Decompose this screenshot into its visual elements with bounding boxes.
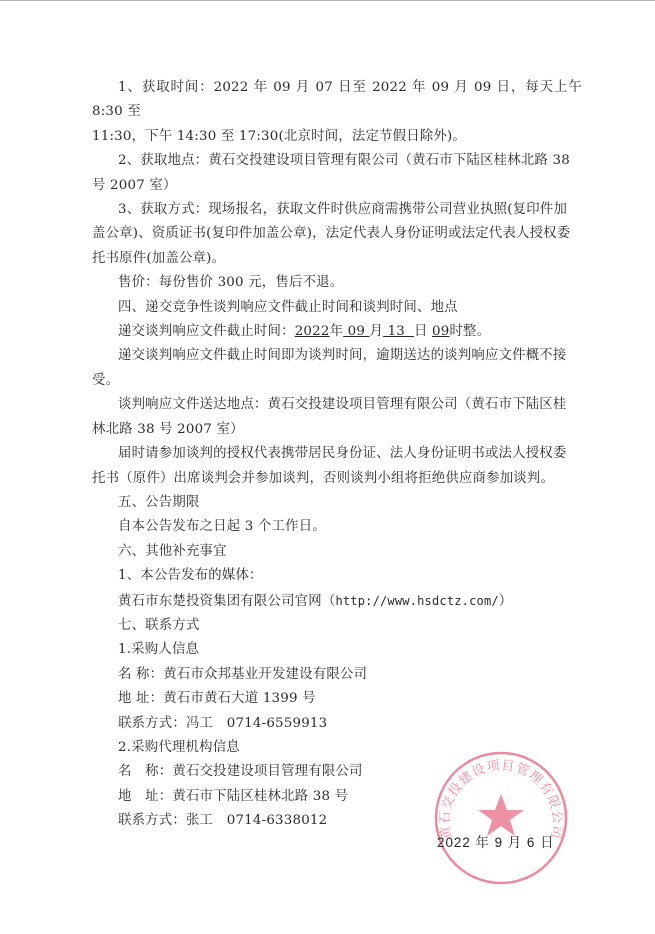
media-site: 黄石市东楚投资集团有限公司官网（http://www.hsdctz.com/）: [92, 589, 582, 614]
acquire-place-line-1: 2、获取地点：黄石交投建设项目管理有限公司（黄石市下陆区桂林北路 38: [92, 149, 582, 173]
deadline-day-unit: 日: [414, 324, 428, 339]
notice-period: 自本公告发布之日起 3 个工作日。: [92, 515, 582, 539]
buyer-title: 1.采购人信息: [92, 638, 582, 662]
deadline-line: 递交谈判响应文件截止时间：2022年 09 月 13 日 09时整。: [92, 320, 582, 344]
deadline-hour: 09: [432, 324, 449, 339]
acquire-method-line-1: 3、获取方式：现场报名，获取文件时供应商需携带公司营业执照(复印件加: [92, 198, 582, 222]
section-6-heading: 六、其他补充事宜: [92, 540, 582, 564]
section-7-heading: 七、联系方式: [92, 614, 582, 638]
page-top-border: [0, 0, 655, 1]
late-submission-line-2: 受。: [92, 369, 582, 393]
media-url-link[interactable]: http://www.hsdctz.com/: [335, 594, 498, 608]
buyer-contact: 联系方式：冯工 0714-6559913: [92, 712, 582, 736]
media-site-suffix: ）: [499, 594, 513, 609]
media-site-name: 黄石市东楚投资集团有限公司官网（: [118, 594, 335, 609]
acquire-method-line-3: 托书原件(加盖公章)。: [92, 247, 582, 271]
acquire-method-line-2: 盖公章)、资质证书(复印件加盖公章)，法定代表人身份证明或法定代表人授权委: [92, 222, 582, 246]
venue-line-1: 谈判响应文件送达地点：黄石交投建设项目管理有限公司（黄石市下陆区桂: [92, 393, 582, 417]
company-seal-icon: 黄石交投建设项目管理有限公司: [433, 750, 569, 886]
deadline-day: 13: [383, 324, 414, 339]
late-submission-line-1: 递交谈判响应文件截止时间即为谈判时间，逾期送达的谈判响应文件概不接: [92, 344, 582, 368]
issue-date: 2022 年 9 月 6 日: [437, 832, 554, 851]
buyer-name: 名 称：黄石市众邦基业开发建设有限公司: [92, 663, 582, 687]
venue-line-2: 林北路 38 号 2007 室）: [92, 418, 582, 442]
deadline-month-unit: 月: [370, 324, 384, 339]
buyer-address: 地 址：黄石市黄石大道 1399 号: [92, 687, 582, 711]
deadline-month: 09: [343, 324, 369, 339]
attendance-line-1: 届时请参加谈判的授权代表携带居民身份证、法人身份证明书或法人授权委: [92, 442, 582, 466]
attendance-line-2: 托书（原件）出席谈判会并参加谈判，否则谈判小组将拒绝供应商参加谈判。: [92, 467, 582, 491]
deadline-year-unit: 年: [330, 324, 344, 339]
announcement-body: 1、获取时间：2022 年 09 月 07 日至 2022 年 09 月 09 …: [92, 76, 582, 834]
acquire-place-line-2: 号 2007 室）: [92, 174, 582, 198]
deadline-suffix: 时整。: [449, 324, 490, 339]
section-5-heading: 五、公告期限: [92, 491, 582, 515]
deadline-year: 2022: [295, 324, 330, 339]
price-line: 售价：每份售价 300 元，售后不退。: [92, 271, 582, 295]
deadline-prefix: 递交谈判响应文件截止时间：: [118, 324, 295, 339]
acquire-time-line-2: 11:30，下午 14:30 至 17:30(北京时间，法定节假日除外)。: [92, 125, 582, 149]
media-label: 1、本公告发布的媒体：: [92, 564, 582, 588]
acquire-time-line-1: 1、获取时间：2022 年 09 月 07 日至 2022 年 09 月 09 …: [92, 76, 582, 125]
section-4-heading: 四、递交竞争性谈判响应文件截止时间和谈判时间、地点: [92, 296, 582, 320]
